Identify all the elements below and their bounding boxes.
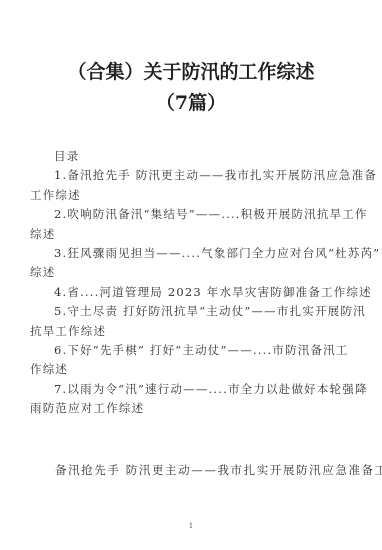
toc-item-line: 7.以雨为令“汛”速行动——....市全力以赴做好本轮强降: [30, 380, 350, 399]
table-of-contents: 目录 1.备汛抢先手 防汛更主动——我市扎实开展防汛应急准备 工作综述 2.吹响…: [30, 147, 350, 419]
toc-item-line: 5.守土尽责 打好防汛抗旱“主动仗”——市扎实开展防汛: [30, 302, 350, 321]
section-heading: 备汛抢先手 防汛更主动——我市扎实开展防汛应急准备工: [55, 461, 382, 479]
toc-item-line-continued: 综述: [30, 263, 350, 282]
toc-item-line-continued: 工作综述: [30, 186, 350, 205]
toc-item-1[interactable]: 1.备汛抢先手 防汛更主动——我市扎实开展防汛应急准备 工作综述: [30, 166, 350, 205]
document-subtitle: （7篇）: [0, 91, 382, 115]
toc-item-line-continued: 作综述: [30, 360, 350, 379]
toc-item-line: 1.备汛抢先手 防汛更主动——我市扎实开展防汛应急准备: [30, 166, 350, 185]
document-title: （合集）关于防汛的工作综述: [0, 60, 382, 84]
document-page: （合集）关于防汛的工作综述 （7篇） 目录 1.备汛抢先手 防汛更主动——我市扎…: [0, 0, 382, 550]
toc-item-7[interactable]: 7.以雨为令“汛”速行动——....市全力以赴做好本轮强降 雨防范应对工作综述: [30, 380, 350, 419]
toc-item-5[interactable]: 5.守土尽责 打好防汛抗旱“主动仗”——市扎实开展防汛 抗旱工作综述: [30, 302, 350, 341]
toc-item-2[interactable]: 2.吹响防汛备汛“集结号”——....积极开展防汛抗旱工作 综述: [30, 205, 350, 244]
toc-item-3[interactable]: 3.狂风骤雨见担当——....气象部门全力应对台风“杜苏芮” 综述: [30, 244, 350, 283]
toc-item-line-continued: 综述: [30, 225, 350, 244]
toc-item-line: 3.狂风骤雨见担当——....气象部门全力应对台风“杜苏芮”: [30, 244, 350, 263]
toc-item-line: 2.吹响防汛备汛“集结号”——....积极开展防汛抗旱工作: [30, 205, 350, 224]
toc-item-line: 6.下好“先手棋” 打好“主动仗”——....市防汛备汛工: [30, 341, 350, 360]
toc-item-line-continued: 雨防范应对工作综述: [30, 399, 350, 418]
toc-item-line: 4.省....河道管理局 2023 年水旱灾害防御准备工作综述: [30, 283, 350, 302]
toc-item-6[interactable]: 6.下好“先手棋” 打好“主动仗”——....市防汛备汛工 作综述: [30, 341, 350, 380]
toc-item-line-continued: 抗旱工作综述: [30, 322, 350, 341]
toc-heading: 目录: [30, 147, 350, 166]
page-number: 1: [0, 521, 382, 531]
toc-item-4[interactable]: 4.省....河道管理局 2023 年水旱灾害防御准备工作综述: [30, 283, 350, 302]
